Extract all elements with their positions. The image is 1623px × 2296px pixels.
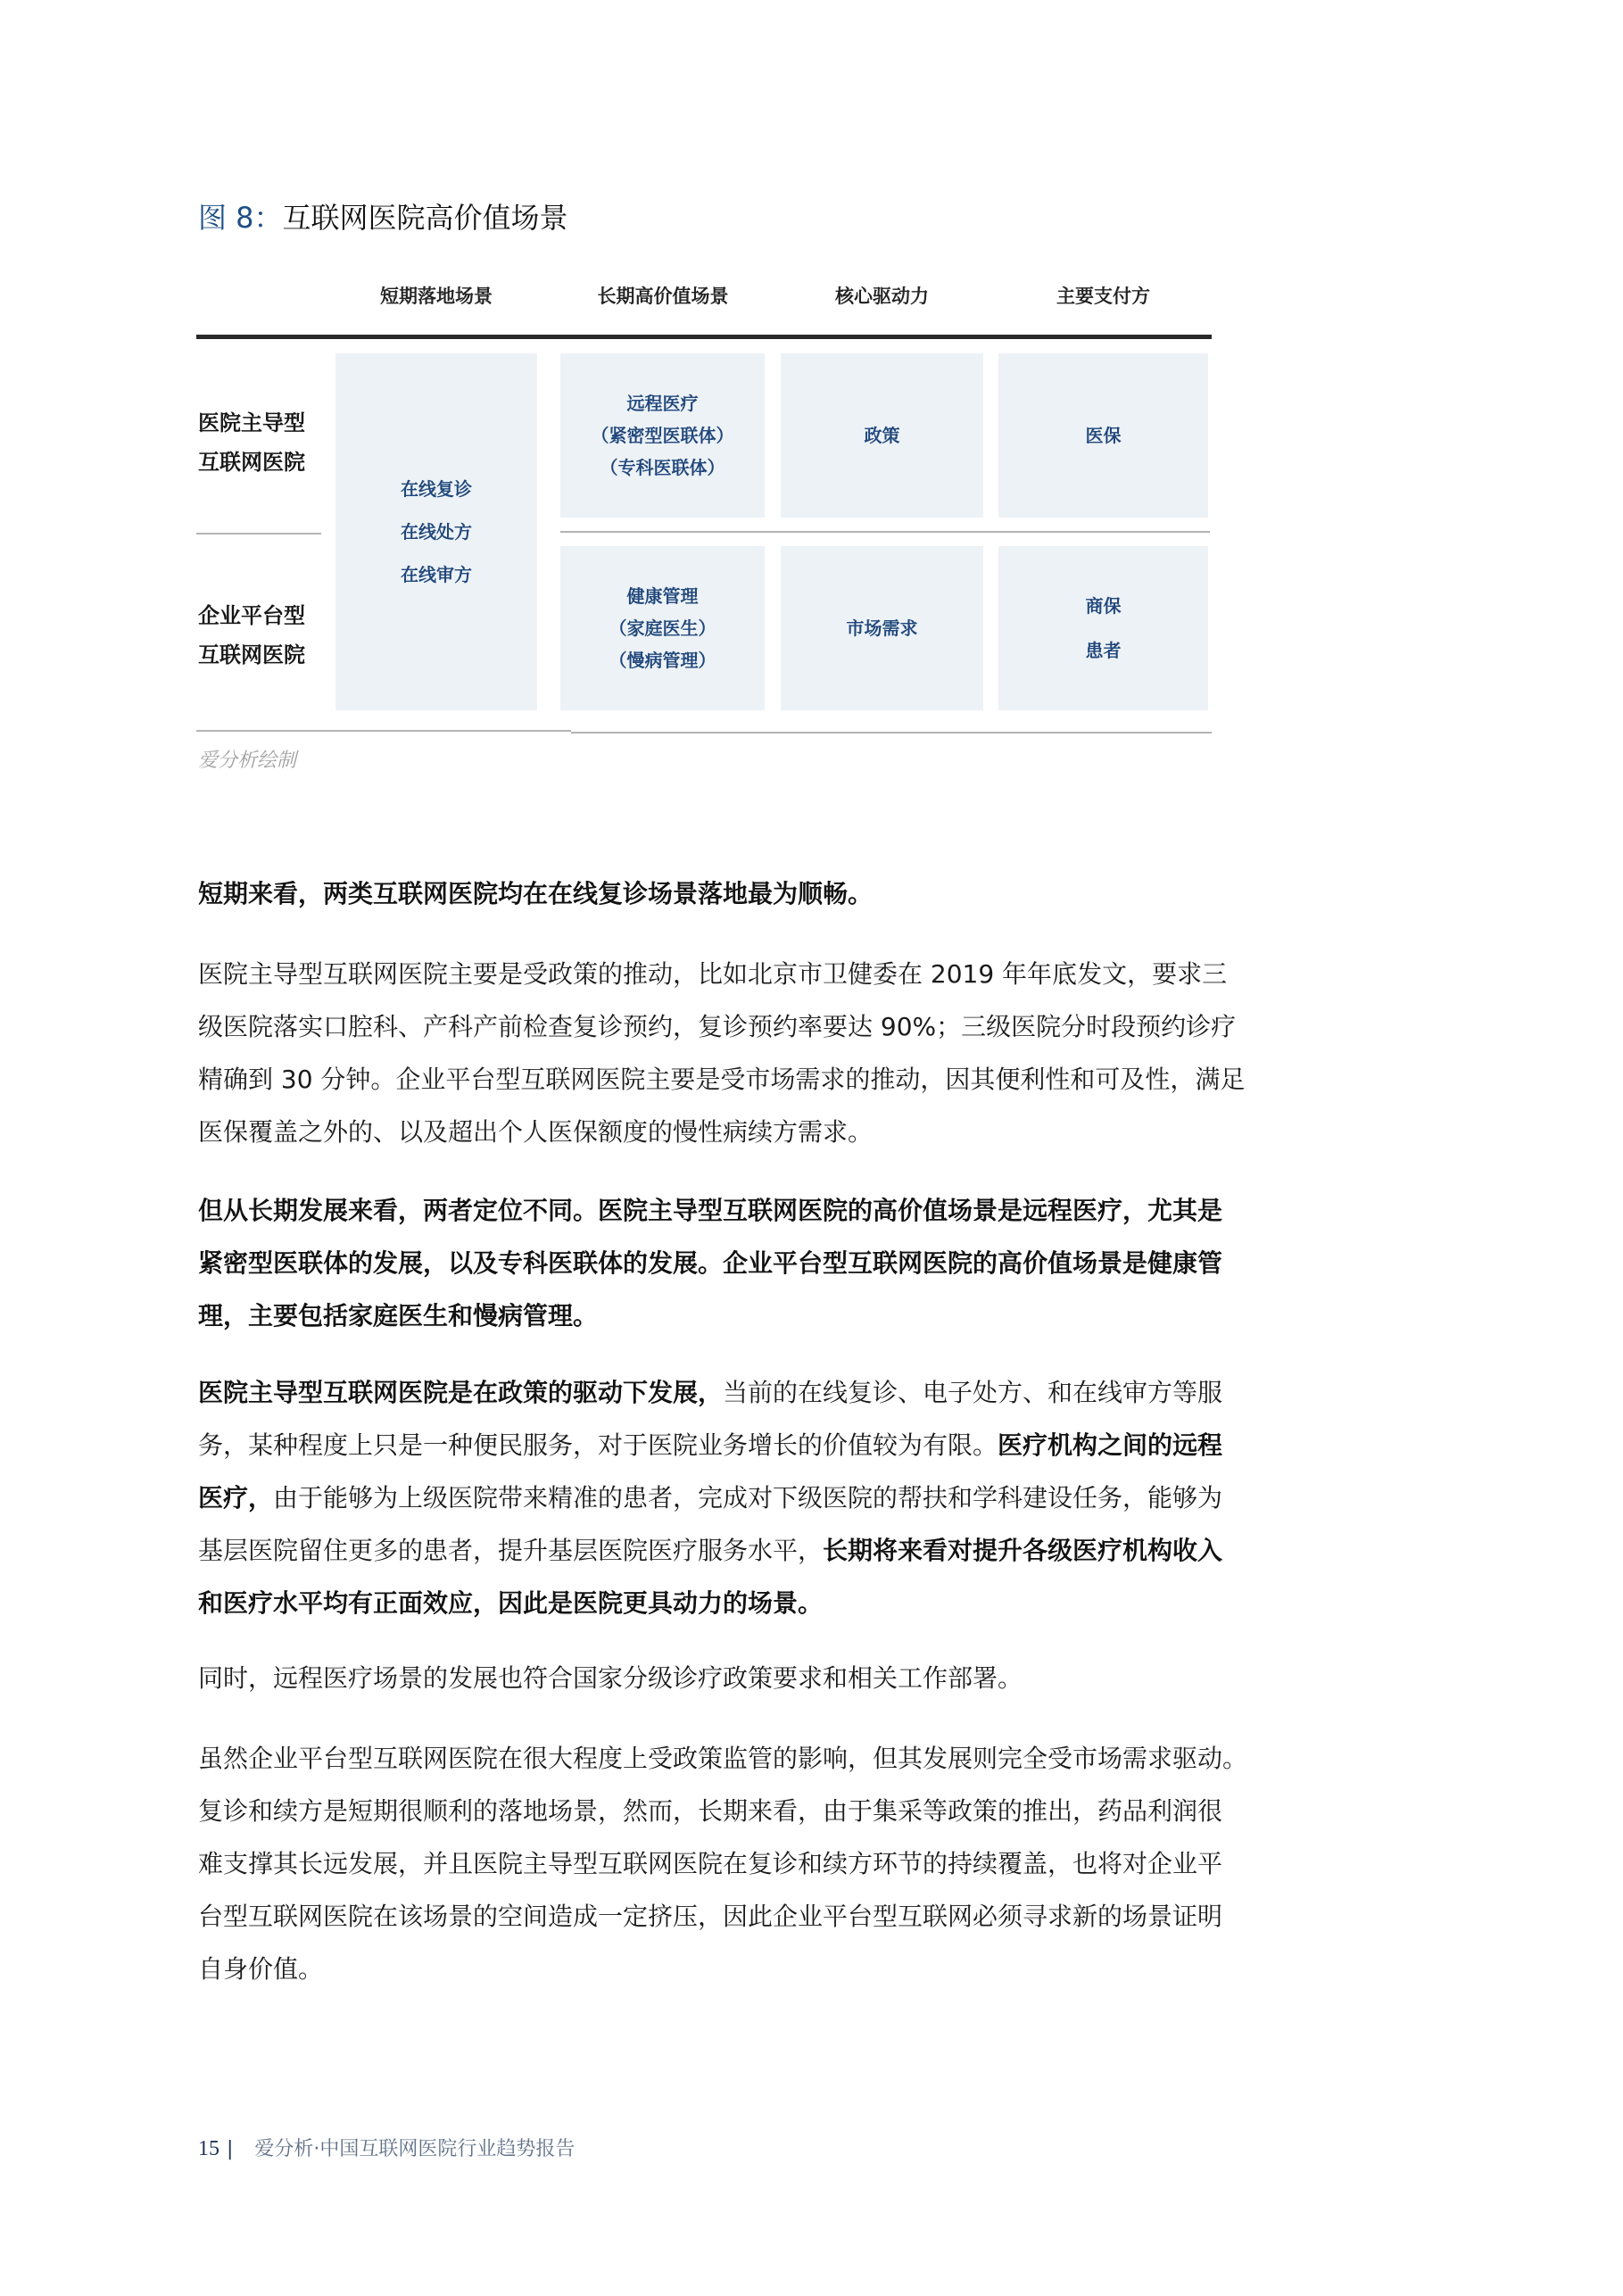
figure-title: 图 8：互联网医院高价值场景 [198,200,568,236]
cell-text: （慢病管理） [609,644,716,676]
cell-text: 医保 [1086,413,1122,458]
page-footer: 15|爱分析·中国互联网医院行业趋势报告 [198,2134,575,2164]
column-header-driver: 核心驱动力 [781,282,983,311]
row-label-hospital-led: 医院主导型 互联网医院 [198,403,323,482]
text: 由于能够为上级医院带来精准的患者，完成对下级医院的帮扶和学科建设任务，能够为 [273,1483,1222,1513]
page-number: 15 [198,2137,219,2160]
row-label-line: 医院主导型 [198,403,323,443]
figure-number: 图 8： [198,201,283,235]
text-line: 复诊和续方是短期很顺利的落地场景，然而，长期来看，由于集采等政策的推出，药品利润… [198,1785,1220,1837]
text: 基层医院留住更多的患者，提升基层医院医疗服务水平， [198,1536,823,1565]
header-rule [196,335,1212,339]
cell-text: 远程医疗 [627,387,699,419]
text: 当前的在线复诊、电子处方、和在线审方等服 [723,1378,1222,1407]
text-line: 医保覆盖之外的、以及超出个人医保额度的慢性病续方需求。 [198,1106,1220,1158]
paragraph-long-term-positioning: 但从长期发展来看，两者定位不同。医院主导型互联网医院的高价值场景是远程医疗，尤其… [198,1184,1220,1342]
column-header-long-term: 长期高价值场景 [560,282,766,311]
cell-text: 患者 [1086,628,1122,673]
text-line: 精确到 30 分钟。企业平台型互联网医院主要是受市场需求的推动，因其便利性和可及… [198,1053,1220,1106]
text-line: 难支撑其长远发展，并且医院主导型互联网医院在复诊和续方环节的持续覆盖，也将对企业… [198,1837,1220,1890]
text-line: 台型互联网医院在该场景的空间造成一定挤压，因此企业平台型互联网必须寻求新的场景证… [198,1890,1220,1943]
figure-source-caption: 爱分析绘制 [198,748,296,775]
cell-text: 在线处方 [401,510,472,553]
text-line: 医疗，由于能够为上级医院带来精准的患者，完成对下级医院的帮扶和学科建设任务，能够… [198,1471,1220,1524]
cell-text: （专科医联体） [600,452,725,484]
paragraph-enterprise-platform: 虽然企业平台型互联网医院在很大程度上受政策监管的影响，但其发展则完全受市场需求驱… [198,1732,1220,1995]
row-label-line: 互联网医院 [198,443,323,482]
text-line: 虽然企业平台型互联网医院在很大程度上受政策监管的影响，但其发展则完全受市场需求驱… [198,1732,1220,1785]
cell-row2-driver: 市场需求 [781,546,983,710]
row-label-enterprise-platform: 企业平台型 互联网医院 [198,596,323,675]
bold-text: 医疗机构之间的远程 [998,1430,1222,1460]
text-line: 基层医院留住更多的患者，提升基层医院医疗服务水平，长期将来看对提升各级医疗机构收… [198,1524,1220,1577]
row-label-line: 企业平台型 [198,596,323,635]
cell-text: 健康管理 [627,580,699,612]
cell-text: 商保 [1086,584,1122,628]
text-line: 同时，远程医疗场景的发展也符合国家分级诊疗政策要求和相关工作部署。 [198,1652,1220,1704]
bold-text: 医疗， [198,1483,273,1513]
text: 务，某种程度上只是一种便民服务，对于医院业务增长的价值较为有限。 [198,1430,998,1460]
publication-title: 爱分析·中国互联网医院行业趋势报告 [254,2138,575,2160]
text-line: 紧密型医联体的发展，以及专科医联体的发展。企业平台型互联网医院的高价值场景是健康… [198,1237,1220,1289]
text-line: 理，主要包括家庭医生和慢病管理。 [198,1289,1220,1342]
figure-title-text: 互联网医院高价值场景 [283,201,568,235]
paragraph-policy-alignment: 同时，远程医疗场景的发展也符合国家分级诊疗政策要求和相关工作部署。 [198,1652,1220,1704]
column-header-short-term: 短期落地场景 [335,282,537,311]
paragraph-short-term-summary: 短期来看，两类互联网医院均在在线复诊场景落地最为顺畅。 [198,867,1220,920]
cell-text: 在线复诊 [401,468,472,510]
paragraph-drivers: 医院主导型互联网医院主要是受政策的推动，比如北京市卫健委在 2019 年年底发文… [198,948,1220,1158]
footer-separator: | [227,2138,233,2160]
text-line: 级医院落实口腔科、产科产前检查复诊预约，复诊预约率要达 90%；三级医院分时段预… [198,1000,1220,1053]
text-line: 医院主导型互联网医院主要是受政策的推动，比如北京市卫健委在 2019 年年底发文… [198,948,1220,1000]
text-line: 自身价值。 [198,1943,1220,1995]
cell-text: 政策 [865,419,900,452]
row-divider-left [196,533,321,535]
paragraph-hospital-led: 医院主导型互联网医院是在政策的驱动下发展，当前的在线复诊、电子处方、和在线审方等… [198,1366,1220,1629]
cell-text: 市场需求 [847,612,918,644]
text-line: 和医疗水平均有正面效应，因此是医院更具动力的场景。 [198,1577,1220,1629]
bold-text: 医院主导型互联网医院是在政策的驱动下发展， [198,1378,723,1407]
cell-row1-payer: 医保 [998,353,1208,518]
text-line: 但从长期发展来看，两者定位不同。医院主导型互联网医院的高价值场景是远程医疗，尤其… [198,1184,1220,1237]
text-line: 医院主导型互联网医院是在政策的驱动下发展，当前的在线复诊、电子处方、和在线审方等… [198,1366,1220,1419]
cell-short-term-shared: 在线复诊 在线处方 在线审方 [335,353,537,710]
bottom-rule-right [571,732,1212,734]
row-label-line: 互联网医院 [198,635,323,675]
bold-text: 长期将来看对提升各级医疗机构收入 [823,1536,1222,1565]
text-line: 务，某种程度上只是一种便民服务，对于医院业务增长的价值较为有限。医疗机构之间的远… [198,1419,1220,1471]
cell-text: 在线审方 [401,553,472,596]
bottom-rule-left [196,730,571,732]
cell-text: （家庭医生） [609,612,716,644]
column-header-payer: 主要支付方 [998,282,1208,311]
cell-row2-long-term: 健康管理 （家庭医生） （慢病管理） [560,546,765,710]
cell-text: （紧密型医联体） [592,419,734,452]
cell-row2-payer: 商保 患者 [998,546,1208,710]
text-line: 短期来看，两类互联网医院均在在线复诊场景落地最为顺畅。 [198,867,1220,920]
row-divider-right [560,531,1210,533]
cell-row1-long-term: 远程医疗 （紧密型医联体） （专科医联体） [560,353,765,518]
cell-row1-driver: 政策 [781,353,983,518]
